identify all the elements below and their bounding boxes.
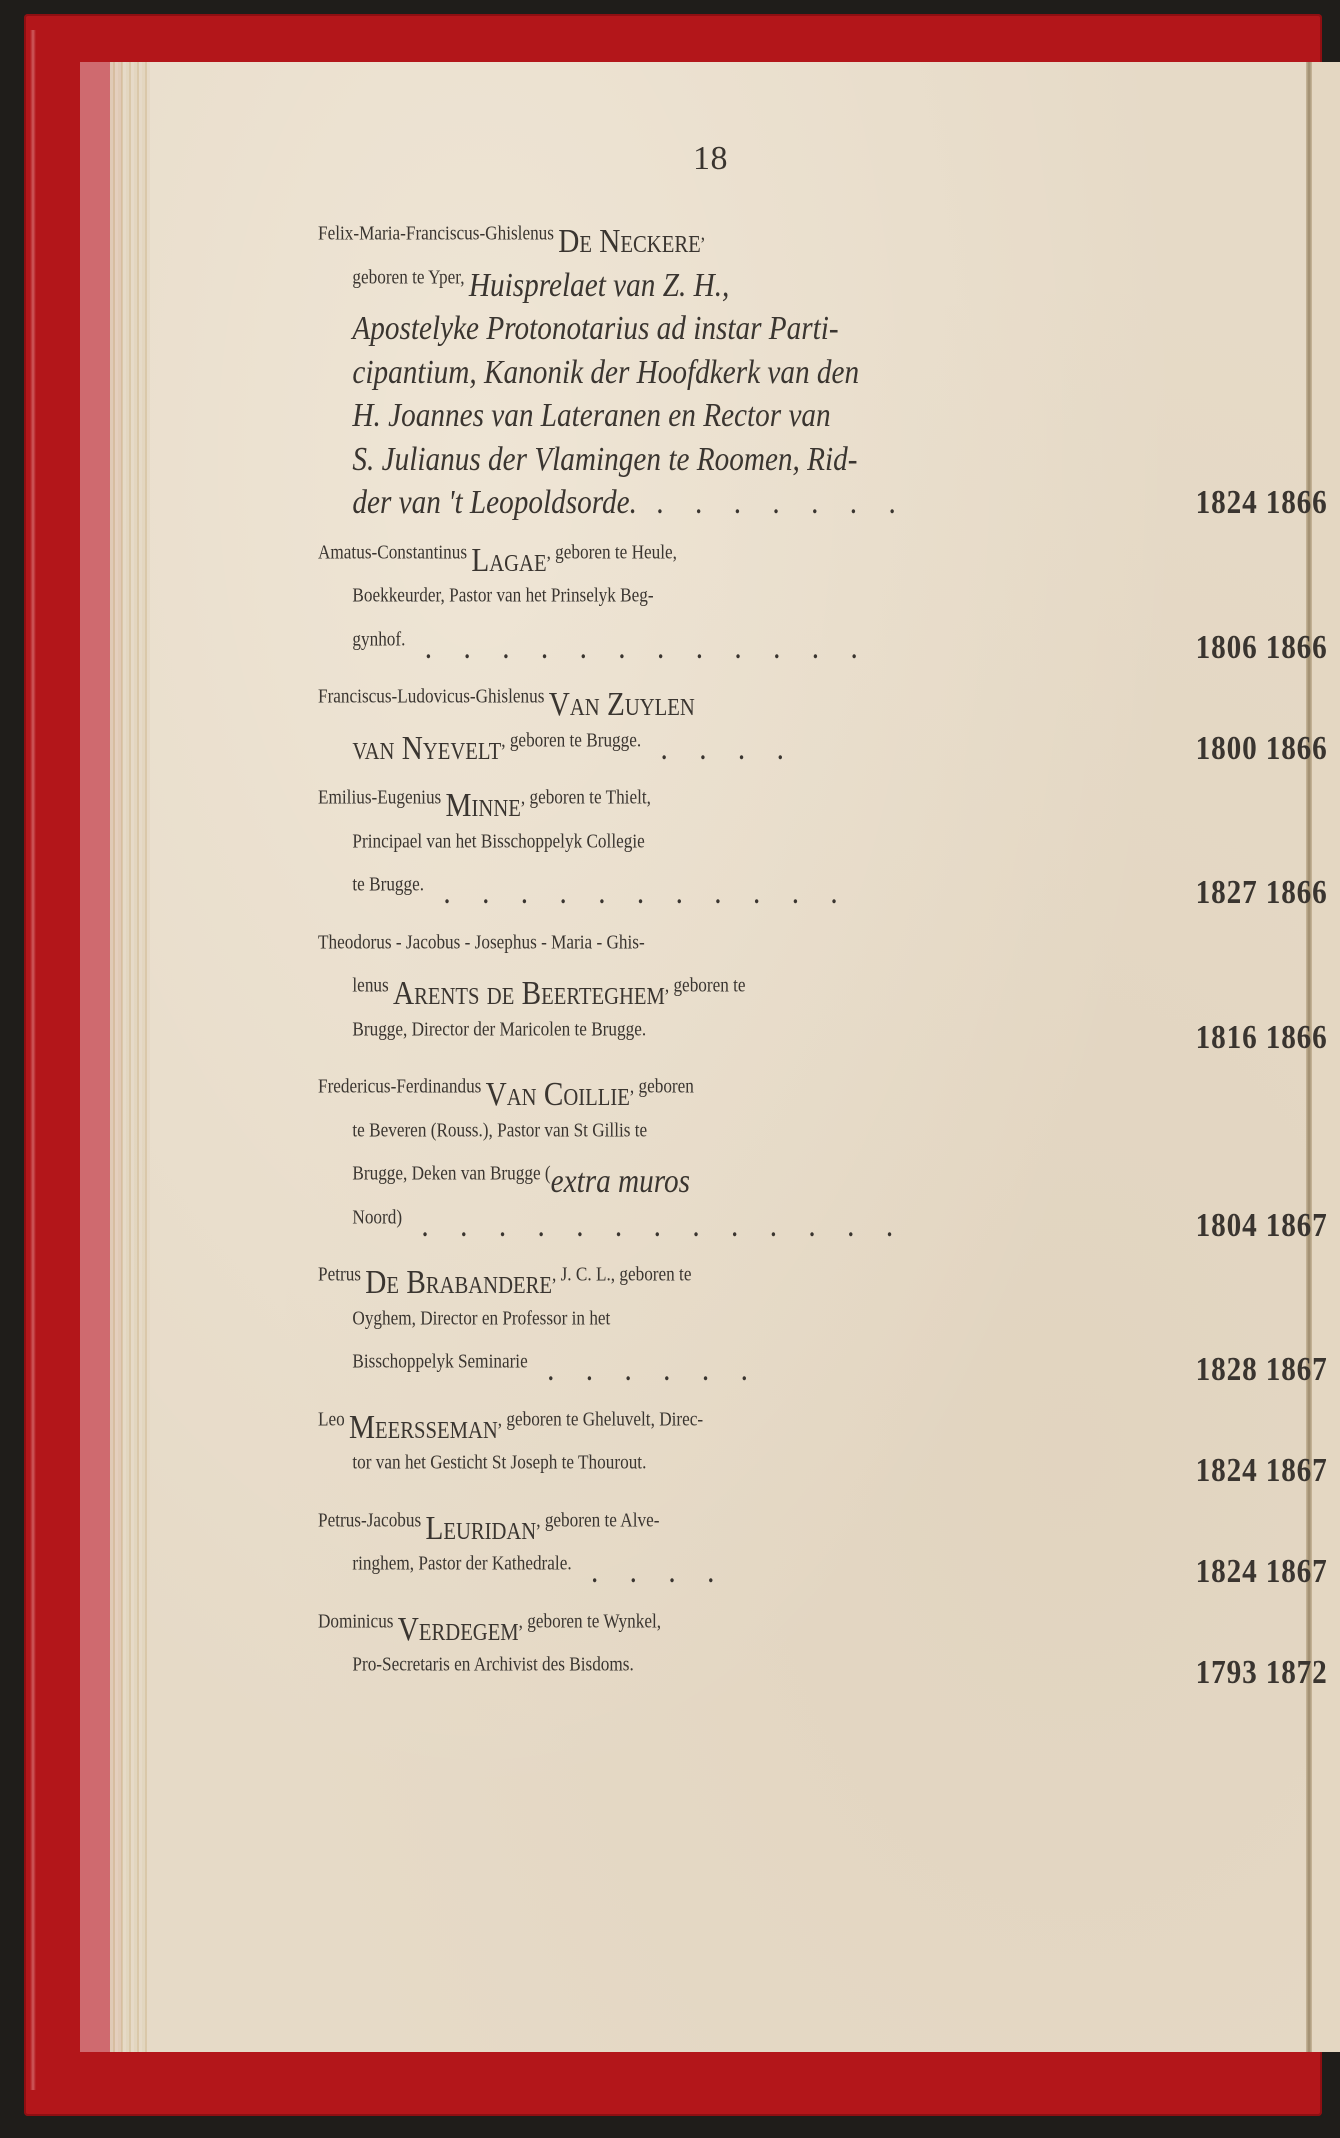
- surname: van Nyevelt: [352, 730, 501, 767]
- obituary-entry: Franciscus-Ludovicus-Ghislenus Van Zuyle…: [318, 683, 1293, 770]
- text-run: te Beveren (Rouss.), Pastor van S: [352, 1119, 583, 1141]
- text-run: , geboren te Heule,: [547, 541, 677, 563]
- year-range: 1827 1866: [1196, 871, 1328, 915]
- entry-line: Pro-Secretaris en Archivist des Bisdoms.…: [318, 1651, 1328, 1695]
- entry-line: der van 't Leopoldsorde. . . . . . . .18…: [318, 481, 1328, 525]
- dot-leader: . . . . . . . . . . . .: [405, 629, 869, 666]
- death-year: 1872: [1258, 1654, 1328, 1691]
- text-run: Joseph te Thourout.: [506, 1452, 646, 1474]
- year-range: 1824 1867: [1196, 1550, 1328, 1594]
- birth-year: 1827: [1196, 874, 1258, 911]
- entry-line: S. Julianus der Vlamingen te Roomen, Rid…: [318, 438, 1328, 482]
- text-run: , geboren te Brugge.: [501, 729, 641, 751]
- text-run: cipantium, Kanonik der Hoofdkerk van den: [352, 354, 859, 391]
- year-range: 1816 1866: [1196, 1016, 1328, 1060]
- cover-highlight: [30, 30, 36, 2090]
- entry-line: te Beveren (Rouss.), Pastor van St Gilli…: [318, 1117, 1328, 1161]
- entry-line: lenus Arents de Beerteghem, geboren te: [318, 972, 1328, 1016]
- page-edges: [110, 62, 150, 2052]
- death-year: 1867: [1258, 1351, 1328, 1388]
- birth-year: 1828: [1196, 1351, 1258, 1388]
- surname: Meersseman: [349, 1409, 498, 1446]
- text-run: Fredericus-Ferdinandus: [318, 1076, 486, 1098]
- entry-line: Dominicus Verdegem, geboren te Wynkel,: [318, 1608, 1293, 1652]
- entry-line: ringhem, Pastor der Kathedrale. . . . .1…: [318, 1550, 1328, 1594]
- birth-year: 1806: [1196, 629, 1258, 666]
- text-run: ,: [701, 223, 705, 245]
- dot-leader: . . . . . . . . . . . . .: [402, 1207, 905, 1244]
- surname: De Brabandere: [365, 1264, 552, 1301]
- text-run: Oyghem, Director en Professor in het: [352, 1307, 610, 1329]
- text-run: H. Joannes van Lateranen en Rector van: [352, 397, 830, 434]
- surname: Van Zuylen: [549, 686, 695, 723]
- text-run: , geboren te Alve-: [536, 1509, 659, 1531]
- death-year: 1866: [1258, 874, 1328, 911]
- obituary-entry: Theodorus - Jacobus - Josephus - Maria -…: [318, 929, 1293, 1060]
- year-range: 1824 1866: [1196, 481, 1328, 525]
- dot-leader: . . . . . . .: [637, 484, 908, 521]
- birth-year: 1824: [1196, 1452, 1258, 1489]
- surname: Arents de Beerteghem: [393, 975, 665, 1012]
- entry-line: Petrus De Brabandere, J. C. L., geboren …: [318, 1261, 1293, 1305]
- entry-line: Boekkeurder, Pastor van het Prinselyk Be…: [318, 582, 1328, 626]
- text-run: Dominicus: [318, 1610, 398, 1632]
- entry-line: gynhof. . . . . . . . . . . . .1806 1866: [318, 626, 1328, 670]
- year-range: 1824 1867: [1196, 1449, 1328, 1493]
- entry-line: tor van het Gesticht St Joseph te Thouro…: [318, 1449, 1328, 1493]
- death-year: 1866: [1258, 484, 1328, 521]
- text-run: S. Julianus der Vlamingen te Roomen, Rid…: [352, 441, 857, 478]
- obituary-entry: Dominicus Verdegem, geboren te Wynkel,Pr…: [318, 1608, 1293, 1695]
- text-run: Gillis te: [588, 1119, 647, 1141]
- text-run: extra muros: [551, 1163, 690, 1200]
- entry-line: Oyghem, Director en Professor in het: [318, 1305, 1328, 1349]
- text-run: lenus: [352, 975, 393, 997]
- text-run: tor van het Gesticht S: [352, 1452, 501, 1474]
- text-run: , geboren te Gheluvelt, Direc-: [498, 1408, 703, 1430]
- obituary-entry: Amatus-Constantinus Lagae, geboren te He…: [318, 539, 1293, 670]
- entry-line: cipantium, Kanonik der Hoofdkerk van den: [318, 351, 1328, 395]
- entry-line: te Brugge. . . . . . . . . . . .1827 186…: [318, 871, 1328, 915]
- entry-line: Bisschoppelyk Seminarie . . . . . .1828 …: [318, 1348, 1328, 1392]
- dot-leader: . . . .: [572, 1553, 727, 1590]
- dot-leader: . . . . . . . . . . .: [424, 874, 850, 911]
- dot-leader: . . . . . .: [528, 1351, 760, 1388]
- text-run: Apostelyke Protonotarius ad instar Parti…: [352, 310, 838, 347]
- text-run: Leo: [318, 1408, 349, 1430]
- entry-line: Fredericus-Ferdinandus Van Coillie, gebo…: [318, 1073, 1293, 1117]
- surname: Verdegem: [398, 1611, 519, 1648]
- entry-line: Emilius-Eugenius Minne, geboren te Thiel…: [318, 784, 1293, 828]
- death-year: 1867: [1258, 1207, 1328, 1244]
- surname: De Neckere: [558, 223, 700, 260]
- surname: Lagae: [471, 542, 546, 579]
- birth-year: 1804: [1196, 1207, 1258, 1244]
- entry-list: Felix-Maria-Franciscus-Ghislenus De Neck…: [318, 220, 1293, 1695]
- entry-line: Brugge, Director der Maricolen te Brugge…: [318, 1016, 1328, 1060]
- year-range: 1806 1866: [1196, 626, 1328, 670]
- text-run: der van 't Leopoldsorde.: [352, 484, 637, 521]
- obituary-entry: Petrus De Brabandere, J. C. L., geboren …: [318, 1261, 1293, 1392]
- entry-line: van Nyevelt, geboren te Brugge. . . . .1…: [318, 727, 1328, 771]
- text-column: 18 Felix-Maria-Franciscus-Ghislenus De N…: [318, 140, 1293, 1709]
- text-run: Theodorus - Jacobus - Josephus - Maria -…: [318, 931, 645, 953]
- text-run: , geboren te Thielt,: [521, 787, 651, 809]
- entry-line: Leo Meersseman, geboren te Gheluvelt, Di…: [318, 1406, 1293, 1450]
- obituary-entry: Fredericus-Ferdinandus Van Coillie, gebo…: [318, 1073, 1293, 1247]
- entry-line: Felix-Maria-Franciscus-Ghislenus De Neck…: [318, 220, 1293, 264]
- year-range: 1793 1872: [1196, 1651, 1328, 1695]
- year-range: 1828 1867: [1196, 1348, 1328, 1392]
- text-run: gynhof.: [352, 628, 405, 650]
- entry-line: Noord) . . . . . . . . . . . . .1804 186…: [318, 1204, 1328, 1248]
- text-run: Principael van het Bisschoppelyk Collegi…: [352, 830, 644, 852]
- text-run: Felix-Maria-Franciscus-Ghislenus: [318, 223, 558, 245]
- text-run: Pro-Secretaris en Archivist des Bisdoms.: [352, 1654, 633, 1676]
- birth-year: 1800: [1196, 730, 1258, 767]
- entry-line: Franciscus-Ludovicus-Ghislenus Van Zuyle…: [318, 683, 1293, 727]
- text-run: , geboren te: [665, 975, 746, 997]
- text-run: geboren te Yper,: [352, 266, 468, 288]
- entry-line: Apostelyke Protonotarius ad instar Parti…: [318, 307, 1328, 351]
- text-run: , geboren te Wynkel,: [519, 1610, 661, 1632]
- death-year: 1867: [1258, 1452, 1328, 1489]
- dot-leader: . . . .: [641, 730, 796, 767]
- death-year: 1866: [1258, 730, 1328, 767]
- text-run: Huisprelaet van Z. H.,: [469, 267, 729, 304]
- entry-line: Petrus-Jacobus Leuridan, geboren te Alve…: [318, 1507, 1293, 1551]
- obituary-entry: Emilius-Eugenius Minne, geboren te Thiel…: [318, 784, 1293, 915]
- text-run: Franciscus-Ludovicus-Ghislenus: [318, 686, 549, 708]
- text-run: te Brugge.: [352, 874, 424, 896]
- text-run: Noord): [352, 1206, 402, 1228]
- death-year: 1866: [1258, 629, 1328, 666]
- text-run: , J. C. L., geboren te: [552, 1264, 691, 1286]
- entry-line: geboren te Yper, Huisprelaet van Z. H.,: [318, 264, 1328, 308]
- text-run: Brugge, Director der Maricolen te Brugge…: [352, 1018, 646, 1040]
- surname: Minne: [446, 787, 521, 824]
- obituary-entry: Felix-Maria-Franciscus-Ghislenus De Neck…: [318, 220, 1293, 525]
- surname: Leuridan: [425, 1510, 536, 1547]
- text-run: Bisschoppelyk Seminarie: [352, 1351, 527, 1373]
- obituary-entry: Leo Meersseman, geboren te Gheluvelt, Di…: [318, 1406, 1293, 1493]
- birth-year: 1824: [1196, 1553, 1258, 1590]
- entry-line: Amatus-Constantinus Lagae, geboren te He…: [318, 539, 1293, 583]
- entry-line: H. Joannes van Lateranen en Rector van: [318, 394, 1328, 438]
- death-year: 1867: [1258, 1553, 1328, 1590]
- entry-line: Principael van het Bisschoppelyk Collegi…: [318, 828, 1328, 872]
- birth-year: 1824: [1196, 484, 1258, 521]
- text-run: Emilius-Eugenius: [318, 787, 446, 809]
- birth-year: 1816: [1196, 1019, 1258, 1056]
- entry-line: Brugge, Deken van Brugge (extra muros: [318, 1160, 1328, 1204]
- text-run: , geboren: [630, 1076, 694, 1098]
- birth-year: 1793: [1196, 1654, 1258, 1691]
- text-run: Petrus-Jacobus: [318, 1509, 425, 1531]
- text-run: Amatus-Constantinus: [318, 541, 471, 563]
- page-number: 18: [128, 140, 1293, 178]
- text-run: Petrus: [318, 1264, 365, 1286]
- entry-line: Theodorus - Jacobus - Josephus - Maria -…: [318, 929, 1293, 973]
- year-range: 1804 1867: [1196, 1204, 1328, 1248]
- text-run: Brugge, Deken van Brugge (: [352, 1163, 550, 1185]
- text-run: ringhem, Pastor der Kathedrale.: [352, 1553, 571, 1575]
- surname: Van Coillie: [486, 1076, 630, 1113]
- year-range: 1800 1866: [1196, 727, 1328, 771]
- death-year: 1866: [1258, 1019, 1328, 1056]
- obituary-entry: Petrus-Jacobus Leuridan, geboren te Alve…: [318, 1507, 1293, 1594]
- text-run: Boekkeurder, Pastor van het Prinselyk Be…: [352, 585, 653, 607]
